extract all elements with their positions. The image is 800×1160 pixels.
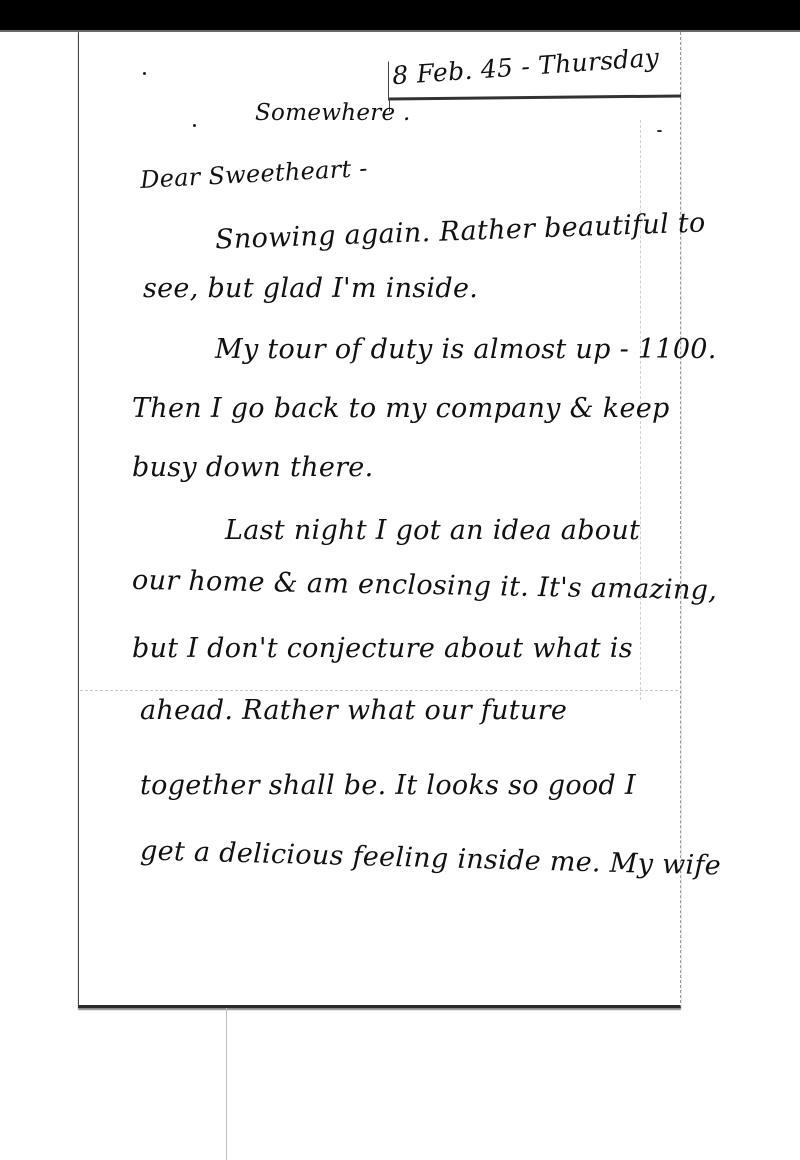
letter-line: ahead. Rather what our future <box>140 695 567 726</box>
letter-location: Somewhere . <box>255 100 411 126</box>
scan-guide-line <box>226 1008 227 1160</box>
letter-line: Last night I got an idea about <box>225 515 640 546</box>
fold-line <box>80 690 678 691</box>
scan-speck <box>143 72 146 75</box>
letter-line: Then I go back to my company & keep <box>132 393 670 424</box>
letter-line: see, but glad I'm inside. <box>143 273 478 304</box>
scan-top-bar <box>0 0 800 32</box>
letter-line: busy down there. <box>132 452 373 483</box>
letter-line: but I don't conjecture about what is <box>132 633 633 664</box>
scan-speck <box>657 130 662 132</box>
letter-line: together shall be. It looks so good I <box>140 770 636 801</box>
scan-speck <box>193 124 196 127</box>
letter-line: My tour of duty is almost up - 1100. <box>215 334 717 365</box>
